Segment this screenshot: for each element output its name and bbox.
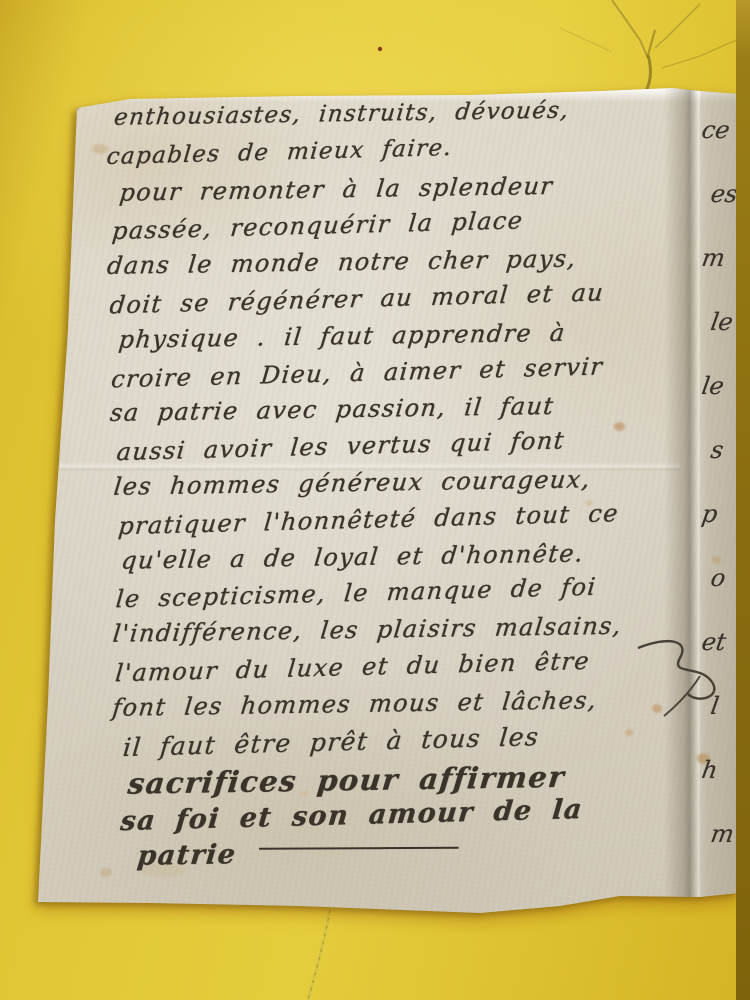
photo-background: enthousiastes, instruits, dévoués,capabl…: [0, 0, 750, 1000]
letter-sheet: enthousiastes, instruits, dévoués,capabl…: [0, 0, 750, 1000]
handwriting-line: doit se régénérer au moral et au: [108, 278, 605, 319]
handwriting-line: croire en Dieu, à aimer et servir: [110, 352, 605, 393]
handwriting-line: les hommes généreux courageux,: [112, 465, 592, 501]
handwriting-block: enthousiastes, instruits, dévoués,capabl…: [0, 0, 750, 1000]
right-page-fragment: et: [700, 628, 728, 656]
handwriting-line: passée, reconquérir la place: [111, 207, 525, 246]
right-page-fragment: m: [700, 244, 727, 272]
right-page-fragment: m: [709, 820, 736, 848]
handwriting-line: l'amour du luxe et du bien être: [114, 647, 591, 687]
handwriting-line: le scepticisme, le manque de foi: [115, 573, 598, 614]
handwriting-line: pratiquer l'honnêteté dans tout ce: [117, 499, 620, 540]
handwriting-line: physique . il faut apprendre à: [117, 318, 567, 353]
handwriting-line: il faut être prêt à tous les: [122, 722, 541, 762]
handwriting-line: sa foi et son amour de la: [119, 794, 584, 837]
handwriting-line: aussi avoir les vertus qui font: [115, 427, 566, 467]
foxing-stain: [50, 299, 55, 304]
closing-rule: [259, 847, 459, 850]
right-page-fragment: le: [700, 372, 726, 400]
handwriting-line: patrie: [136, 836, 460, 872]
handwriting-line: sa patrie avec passion, il faut: [109, 392, 556, 427]
photo-edge-shadow-strip: [736, 0, 750, 1000]
handwriting-line: dans le monde notre cher pays,: [106, 245, 578, 280]
handwriting-line: enthousiastes, instruits, dévoués,: [113, 98, 571, 131]
handwriting-line: capables de mieux faire.: [105, 135, 453, 170]
handwriting-line: qu'elle a de loyal et d'honnête.: [120, 539, 586, 574]
handwriting-line: pour remonter à la splendeur: [118, 171, 555, 206]
letter-sheet-shadow: enthousiastes, instruits, dévoués,capabl…: [0, 0, 750, 1000]
right-page-fragment: ce: [700, 116, 732, 144]
handwriting-line: font les hommes mous et lâches,: [111, 686, 599, 722]
handwriting-line: l'indifférence, les plaisirs malsains,: [111, 612, 623, 648]
handwriting-line: sacrifices pour affirmer: [126, 760, 567, 801]
right-page-fragment: le: [709, 308, 735, 336]
